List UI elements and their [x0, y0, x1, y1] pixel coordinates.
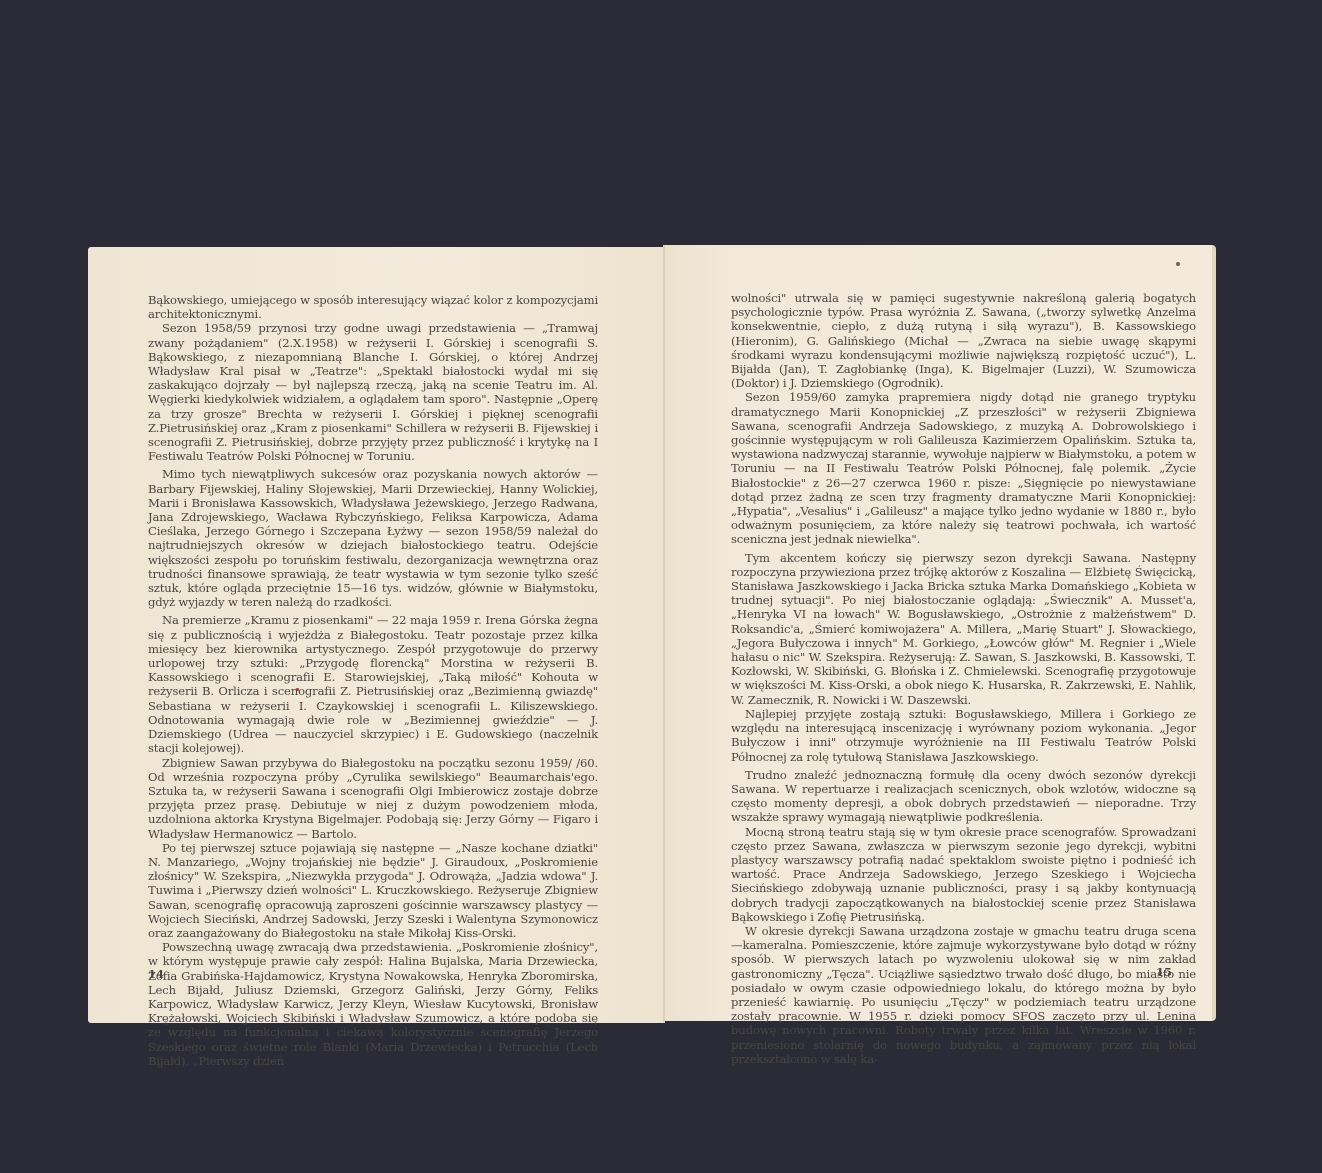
- open-booklet: Bąkowskiego, umiejącego w sposób interes…: [88, 245, 1220, 1023]
- paragraph: Powszechną uwagę zwracają dwa przedstawi…: [148, 940, 598, 1068]
- right-page-text: wolności" utrwala się w pamięci sugestyw…: [731, 291, 1196, 1066]
- punch-dot: [1176, 262, 1180, 266]
- paragraph: Sezon 1959/60 zamyka prapremiera nigdy d…: [731, 390, 1196, 546]
- paragraph: wolności" utrwala się w pamięci sugestyw…: [731, 291, 1196, 390]
- paragraph: Po tej pierwszej sztuce pojawiają się na…: [148, 841, 598, 940]
- paragraph: Zbigniew Sawan przybywa do Białegostoku …: [148, 756, 598, 841]
- left-page-text: Bąkowskiego, umiejącego w sposób interes…: [148, 293, 598, 1068]
- page-number: 15: [1156, 965, 1172, 979]
- spine-fold: [663, 245, 665, 1023]
- paragraph: Bąkowskiego, umiejącego w sposób interes…: [148, 293, 598, 321]
- paragraph: W okresie dyrekcji Sawana urządzona zost…: [731, 924, 1196, 1066]
- page-number: 14: [148, 967, 164, 981]
- paragraph: Najlepiej przyjęte zostają sztuki: Bogus…: [731, 707, 1196, 764]
- left-page: Bąkowskiego, umiejącego w sposób interes…: [88, 247, 664, 1023]
- paragraph: Na premierze „Kramu z piosenkami" — 22 m…: [148, 613, 598, 755]
- ink-mark: [296, 688, 299, 691]
- paragraph: Tym akcentem kończy się pierwszy sezon d…: [731, 551, 1196, 707]
- paragraph: Sezon 1958/59 przynosi trzy godne uwagi …: [148, 321, 598, 463]
- paragraph: Mocną stroną teatru stają się w tym okre…: [731, 825, 1196, 924]
- right-page: wolności" utrwala się w pamięci sugestyw…: [664, 245, 1216, 1021]
- paragraph: Trudno znaleźć jednoznaczną formułę dla …: [731, 768, 1196, 825]
- paragraph: Mimo tych niewątpliwych sukcesów oraz po…: [148, 467, 598, 609]
